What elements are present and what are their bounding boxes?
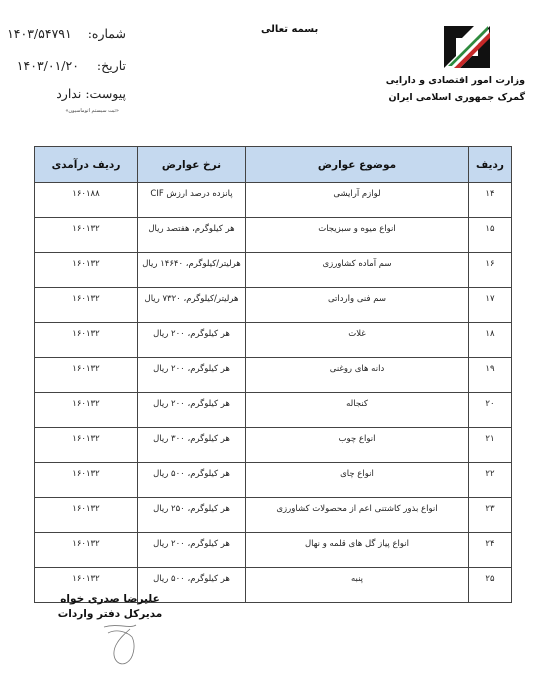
cell-subject: انواع میوه و سبزیجات	[246, 218, 469, 253]
cell-row: ۲۵	[469, 568, 512, 603]
system-note: «ثبت سیستم اتوماسیون»	[65, 108, 119, 114]
letter-number: شماره: ۱۴۰۳/۵۴۷۹۱	[7, 26, 126, 41]
cell-subject: سم آماده کشاورزی	[246, 253, 469, 288]
cell-income-row: ۱۶۰۱۳۲	[35, 428, 138, 463]
col-header-row-number: ردیف	[469, 147, 512, 183]
cell-subject: دانه های روغنی	[246, 358, 469, 393]
date-value: ۱۴۰۳/۰۱/۲۰	[17, 58, 79, 73]
organization-name: وزارت امور اقتصادی و دارایی گمرک جمهوری …	[405, 72, 525, 106]
attachment-label: پیوست:	[85, 86, 126, 101]
table-row: ۲۰کنجالههر کیلوگرم، ۲۰۰ ریال۱۶۰۱۳۲	[35, 393, 512, 428]
cell-rate: هر کیلوگرم، ۲۰۰ ریال	[138, 533, 246, 568]
letter-date: تاریخ: ۱۴۰۳/۰۱/۲۰	[17, 58, 126, 73]
cell-row: ۲۲	[469, 463, 512, 498]
number-value: ۱۴۰۳/۵۴۷۹۱	[7, 26, 72, 41]
cell-income-row: ۱۶۰۱۳۲	[35, 358, 138, 393]
cell-subject: پنبه	[246, 568, 469, 603]
table-row: ۱۸غلاتهر کیلوگرم، ۲۰۰ ریال۱۶۰۱۳۲	[35, 323, 512, 358]
cell-subject: غلات	[246, 323, 469, 358]
cell-row: ۱۹	[469, 358, 512, 393]
cell-subject: انواع چوب	[246, 428, 469, 463]
cell-rate: هرلیتر/کیلوگرم، ۷۳۲۰ ریال	[138, 288, 246, 323]
cell-row: ۲۰	[469, 393, 512, 428]
cell-subject: کنجاله	[246, 393, 469, 428]
cell-income-row: ۱۶۰۱۳۲	[35, 393, 138, 428]
table-row: ۲۳انواع بذور کاشتنی اعم از محصولات کشاور…	[35, 498, 512, 533]
cell-subject: سم فنی وارداتی	[246, 288, 469, 323]
col-header-rate: نرخ عوارض	[138, 147, 246, 183]
cell-row: ۱۴	[469, 183, 512, 218]
cell-rate: هر کیلوگرم، ۳۰۰ ریال	[138, 428, 246, 463]
table-row: ۲۲انواع چایهر کیلوگرم، ۵۰۰ ریال۱۶۰۱۳۲	[35, 463, 512, 498]
cell-rate: هر کیلوگرم، ۲۵۰ ریال	[138, 498, 246, 533]
cell-row: ۱۶	[469, 253, 512, 288]
cell-row: ۱۷	[469, 288, 512, 323]
cell-subject: لوازم آرایشی	[246, 183, 469, 218]
cell-row: ۱۸	[469, 323, 512, 358]
cell-row: ۱۵	[469, 218, 512, 253]
cell-income-row: ۱۶۰۱۳۲	[35, 533, 138, 568]
cell-rate: هر کیلوگرم، هفتصد ریال	[138, 218, 246, 253]
signer-name: علیرضا صدری خواه	[55, 592, 165, 607]
tariff-table: ردیف موضوع عوارض نرخ عوارض ردیف درآمدی ۱…	[34, 146, 512, 603]
table-row: ۱۴لوازم آرایشیپانزده درصد ارزش CIF۱۶۰۱۸۸	[35, 183, 512, 218]
letter-attachment: پیوست: ندارد	[56, 86, 126, 101]
cell-rate: هرلیتر/کیلوگرم، ۱۴۶۴۰ ریال	[138, 253, 246, 288]
cell-income-row: ۱۶۰۱۳۲	[35, 498, 138, 533]
cell-income-row: ۱۶۰۱۳۲	[35, 288, 138, 323]
cell-row: ۲۱	[469, 428, 512, 463]
cell-row: ۲۳	[469, 498, 512, 533]
table-row: ۱۵انواع میوه و سبزیجاتهر کیلوگرم، هفتصد …	[35, 218, 512, 253]
table-row: ۲۱انواع چوبهر کیلوگرم، ۳۰۰ ریال۱۶۰۱۳۲	[35, 428, 512, 463]
cell-rate: هر کیلوگرم، ۲۰۰ ریال	[138, 358, 246, 393]
table-row: ۱۷سم فنی وارداتیهرلیتر/کیلوگرم، ۷۳۲۰ ریا…	[35, 288, 512, 323]
table-row: ۱۹دانه های روغنیهر کیلوگرم، ۲۰۰ ریال۱۶۰۱…	[35, 358, 512, 393]
handwritten-signature-icon	[100, 615, 150, 675]
cell-income-row: ۱۶۰۱۳۲	[35, 323, 138, 358]
table-header-row: ردیف موضوع عوارض نرخ عوارض ردیف درآمدی	[35, 147, 512, 183]
date-label: تاریخ:	[97, 58, 126, 73]
cell-income-row: ۱۶۰۱۳۲	[35, 253, 138, 288]
cell-rate: هر کیلوگرم، ۲۰۰ ریال	[138, 323, 246, 358]
cell-income-row: ۱۶۰۱۸۸	[35, 183, 138, 218]
cell-subject: انواع چای	[246, 463, 469, 498]
cell-subject: انواع پیاز گل های قلمه و نهال	[246, 533, 469, 568]
customs-name: گمرک جمهوری اسلامی ایران	[405, 89, 525, 106]
col-header-income-row: ردیف درآمدی	[35, 147, 138, 183]
number-label: شماره:	[88, 26, 126, 41]
table-row: ۲۴انواع پیاز گل های قلمه و نهالهر کیلوگر…	[35, 533, 512, 568]
cell-income-row: ۱۶۰۱۳۲	[35, 218, 138, 253]
attachment-value: ندارد	[56, 86, 81, 101]
customs-logo-icon	[440, 22, 494, 72]
table-row: ۱۶سم آماده کشاورزیهرلیتر/کیلوگرم، ۱۴۶۴۰ …	[35, 253, 512, 288]
cell-subject: انواع بذور کاشتنی اعم از محصولات کشاورزی	[246, 498, 469, 533]
cell-row: ۲۴	[469, 533, 512, 568]
col-header-subject: موضوع عوارض	[246, 147, 469, 183]
cell-rate: پانزده درصد ارزش CIF	[138, 183, 246, 218]
cell-rate: هر کیلوگرم، ۲۰۰ ریال	[138, 393, 246, 428]
bismillah-heading: بسمه تعالی	[261, 24, 318, 35]
cell-income-row: ۱۶۰۱۳۲	[35, 463, 138, 498]
ministry-name: وزارت امور اقتصادی و دارایی	[405, 72, 525, 89]
cell-rate: هر کیلوگرم، ۵۰۰ ریال	[138, 463, 246, 498]
